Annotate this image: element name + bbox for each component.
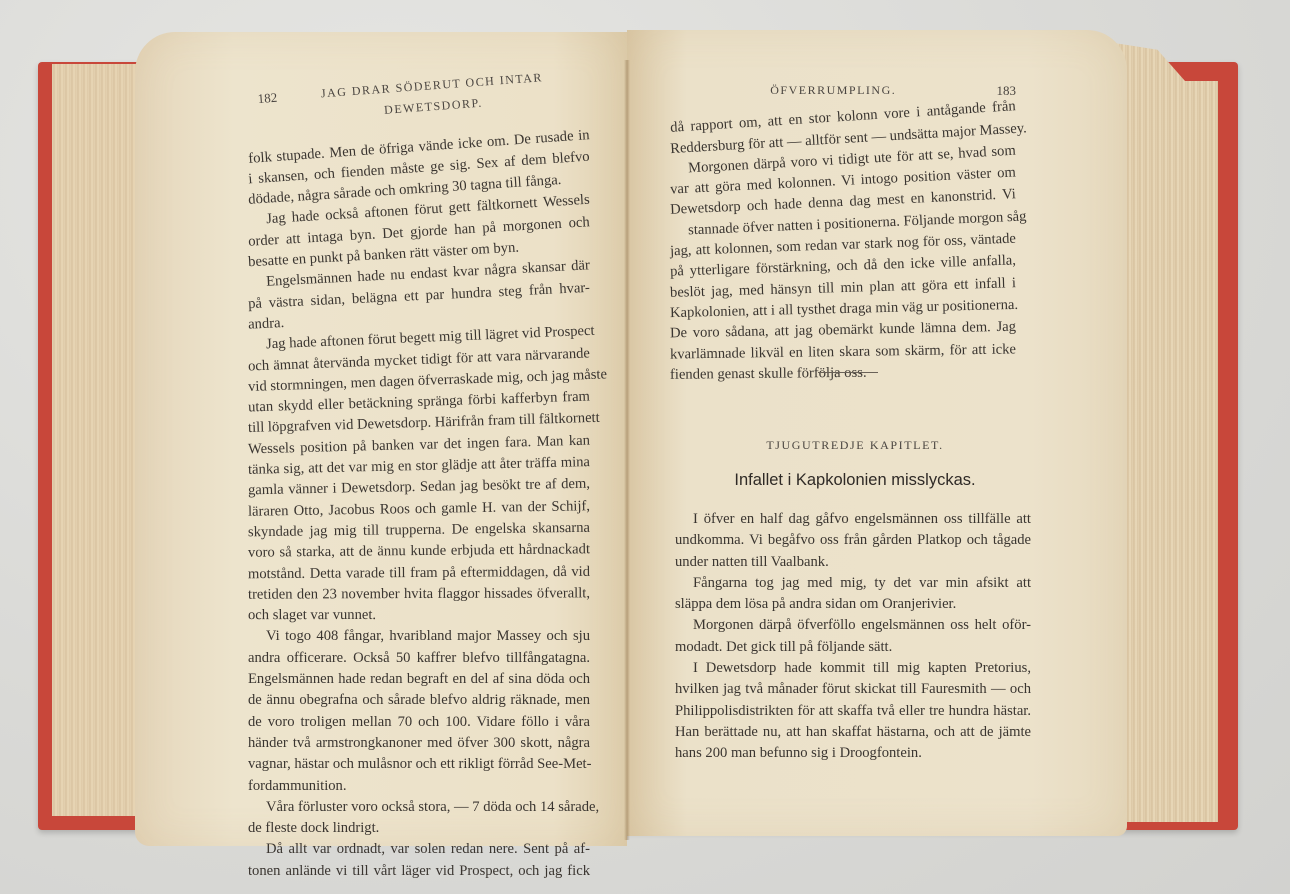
text-line: motstånd. Detta varade till fram på efte… [248,561,590,585]
text-line: Han berättade nu, att han skaffat hästar… [675,722,1031,743]
text-line: de ännu obegrafna och sårade blefvo aldr… [248,690,590,711]
chapter-label: TJUGUTREDJE KAPITLET. [690,438,1020,453]
right-page-text: ÖFVERRUMPLING. 183 då rapport om, att en… [670,80,1016,384]
text-line: de voro troligen mellan 70 och 100. Vida… [248,712,590,733]
book-gutter [624,60,630,840]
text-line: och slaget var vunnet. [248,605,590,627]
text-line: tonen anlände vi till vårt läger vid Pro… [248,861,590,882]
text-line: fordammunition. [248,776,590,797]
text-line: Då allt var ordnadt, var solen redan ner… [248,839,590,860]
text-line: hans 200 man befunno sig i Droogfontein. [675,743,1031,764]
text-line: modadt. Det gick till på följande sätt. [675,637,1031,658]
text-line: I Dewetsdorp hade kommit till mig kapten… [675,658,1031,679]
right-running-head: ÖFVERRUMPLING. 183 [670,80,1016,101]
text-line: vagnar, hästar och mulåsnor och ett rikl… [248,754,590,775]
section-divider [818,372,878,373]
text-line: voro så starka, att de ännu kunde erbjud… [248,540,590,565]
text-line: tretiden den 23 november hvita flaggor h… [248,583,590,606]
text-line: Philippolisdistrikten för att skaffa två… [675,701,1031,722]
right-page-body: då rapport om, att en stor kolonn vore i… [670,107,1016,384]
text-line: händer två armstrongkanoner med öfver 30… [248,733,590,754]
text-line: under natten till Vaalbank. [675,552,1031,573]
text-line: hvilken jag två månader förut skickat ti… [675,679,1031,700]
text-line: Engelsmännen hade redan begraft en del a… [248,669,590,690]
left-page-text: 182 JAG DRAR SÖDERUT OCH INTAR DEWETSDOR… [248,88,590,882]
chapter-title: Infallet i Kapkolonien misslyckas. [680,471,1030,490]
text-line: Vi togo 408 fångar, hvaribland major Mas… [248,626,590,647]
chapter-body-lines: I öfver en half dag gåfvo engelsmännen o… [675,509,1031,765]
text-line: I öfver en half dag gåfvo engelsmännen o… [675,509,1031,530]
text-line: Fångarna tog jag med mig, ty det var min… [675,573,1031,594]
text-line: fienden genast skulle förfölja oss. [670,361,1016,386]
text-line: undkomma. Vi begåfvo oss från gården Pla… [675,530,1031,551]
right-running-head-title: ÖFVERRUMPLING. [670,80,997,101]
chapter-body: I öfver en half dag gåfvo engelsmännen o… [675,509,1031,765]
text-line: Morgonen därpå öfverföllo engelsmännen o… [675,615,1031,636]
text-line: släppa dem lösa på andra sidan om Oranje… [675,594,1031,615]
text-line: de fleste dock lindrigt. [248,818,590,839]
text-line: andra officerare. Också 50 kaffrer blefv… [248,648,590,669]
text-line: Våra förluster voro också stora, — 7 död… [248,797,590,818]
left-page-body: folk stupade. Men de öfriga vände icke o… [248,137,590,882]
